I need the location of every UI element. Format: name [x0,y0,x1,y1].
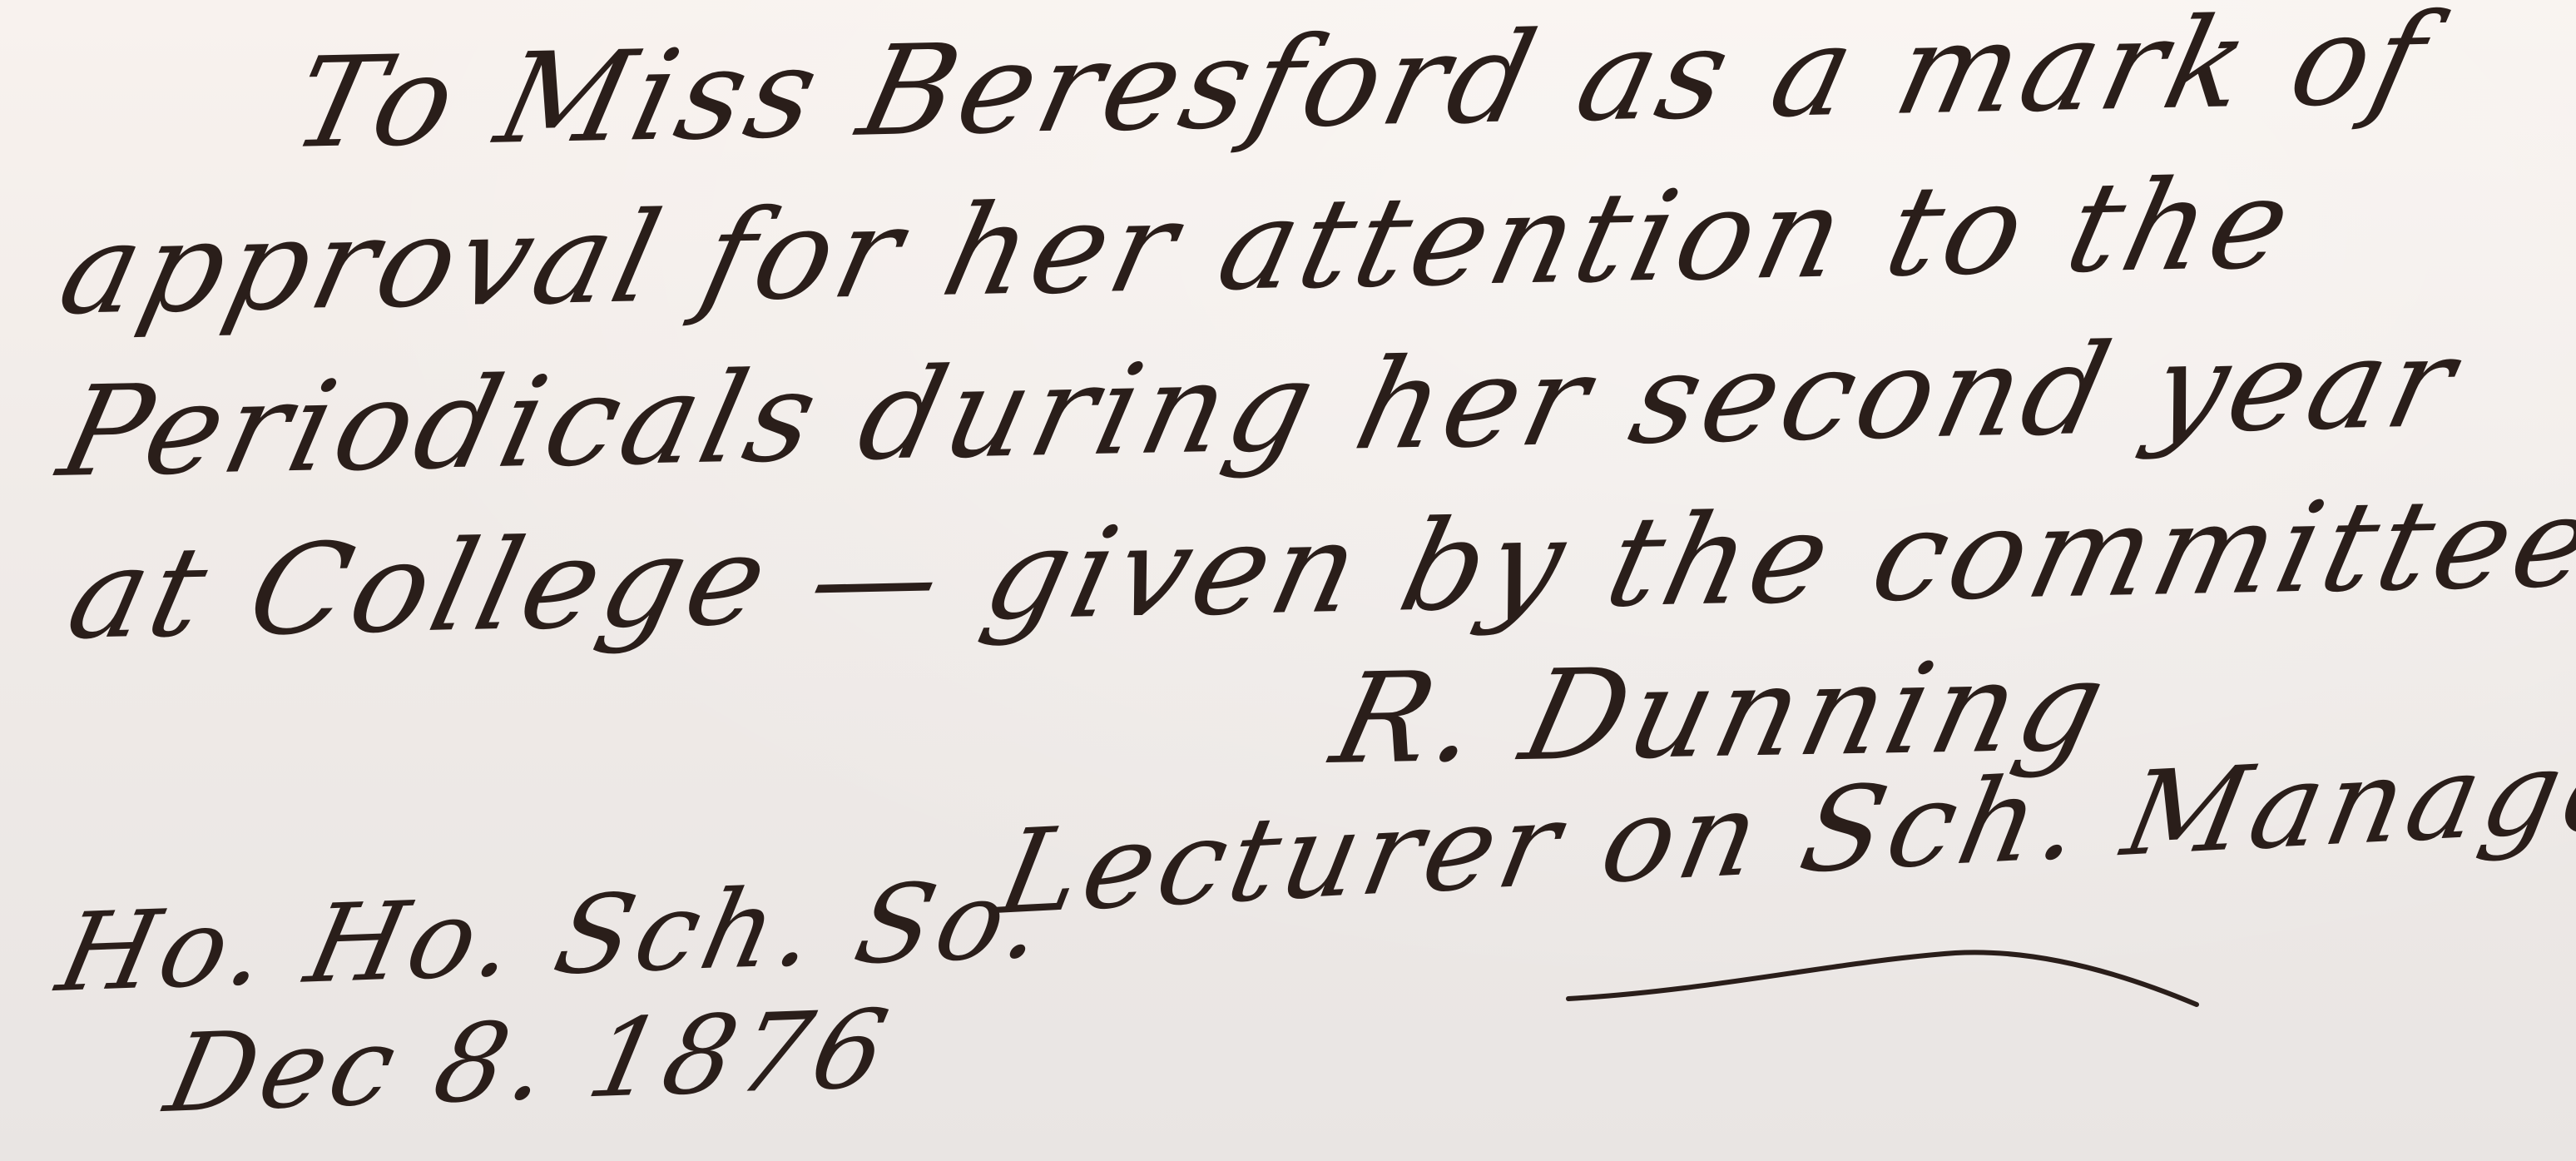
place-abbreviation: Ho. Ho. Sch. So. [50,865,1058,1007]
inscription-line-3: Periodicals during her second year [50,320,2469,495]
inscription-date: Dec 8. 1876 [158,995,900,1128]
inscription-line-4: at College — given by the committee [58,480,2576,657]
document-page: To Miss Beresford as a mark of approval … [0,0,2576,1161]
underline-flourish-icon [1564,911,2247,1011]
inscription-line-2: approval for her attention to the [50,161,2306,333]
inscription-line-1: To Miss Beresford as a mark of [283,0,2440,166]
